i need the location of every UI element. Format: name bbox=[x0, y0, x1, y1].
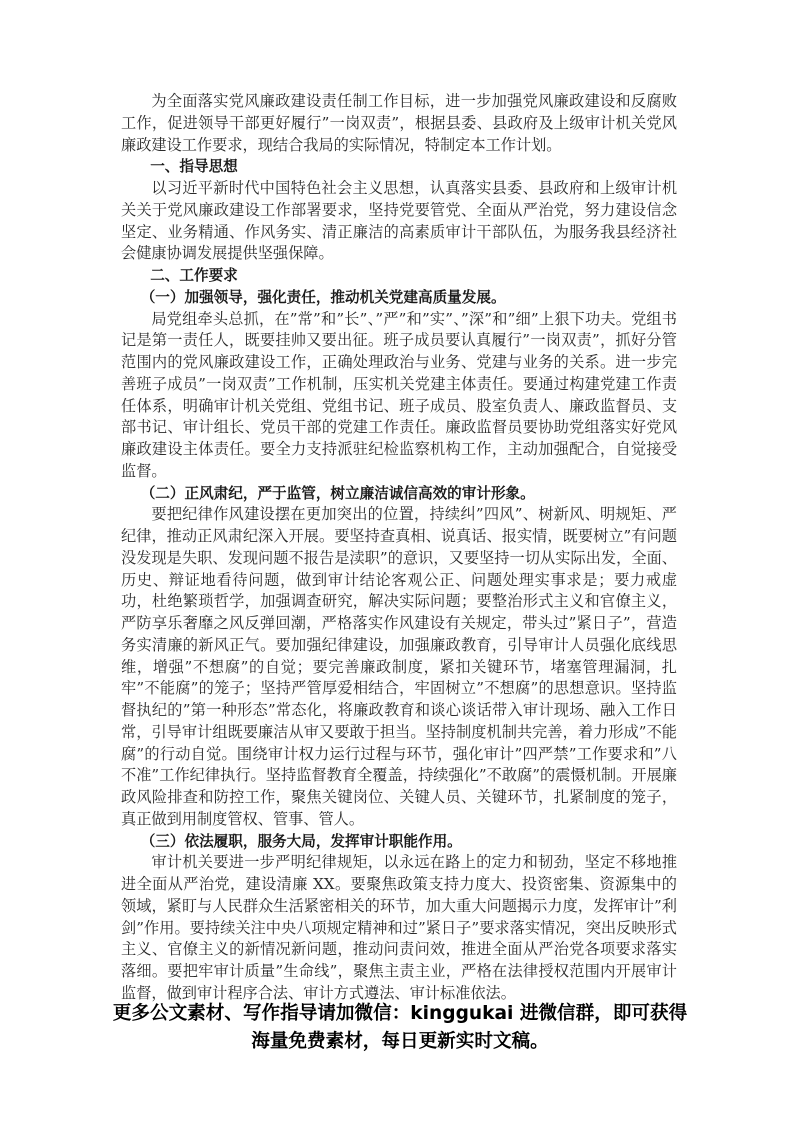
intro-paragraph: 为全面落实党风廉政建设责任制工作目标，进一步加强党风廉政建设和反腐败工作，促进领… bbox=[121, 91, 677, 156]
document-body: 为全面落实党风廉政建设责任制工作目标，进一步加强党风廉政建设和反腐败工作，促进领… bbox=[121, 91, 677, 1005]
guiding-ideology-paragraph: 以习近平新时代中国特色社会主义思想，认真落实县委、县政府和上级审计机关关于党风廉… bbox=[121, 178, 677, 265]
subsection-heading-discipline: （二）正风肃纪，严于监管，树立廉洁诚信高效的审计形象。 bbox=[121, 483, 677, 505]
promo-line-2: 海量免费素材，每日更新实时文稿。 bbox=[100, 1028, 700, 1056]
subsection-heading-leadership: （一）加强领导，强化责任，推动机关党建高质量发展。 bbox=[121, 287, 677, 309]
section-heading-work-requirements: 二、工作要求 bbox=[121, 265, 677, 287]
leadership-paragraph: 局党组牵头总抓，在”常”和”长”、”严”和”实”、”深”和”细”上狠下功夫。党组… bbox=[121, 309, 677, 483]
promo-line-1: 更多公文素材、写作指导请加微信：kinggukai 进微信群，即可获得 bbox=[100, 1000, 700, 1028]
promo-banner: 更多公文素材、写作指导请加微信：kinggukai 进微信群，即可获得 海量免费… bbox=[100, 1000, 700, 1056]
discipline-paragraph: 要把纪律作风建设摆在更加突出的位置，持续纠”四风”、树新风、明规矩、严纪律，推动… bbox=[121, 504, 677, 830]
duty-paragraph: 审计机关要进一步严明纪律规矩，以永远在路上的定力和韧劲，坚定不移地推进全面从严治… bbox=[121, 852, 677, 1004]
section-heading-guiding-ideology: 一、指导思想 bbox=[121, 156, 677, 178]
subsection-heading-duty: （三）依法履职，服务大局，发挥审计职能作用。 bbox=[121, 831, 677, 853]
